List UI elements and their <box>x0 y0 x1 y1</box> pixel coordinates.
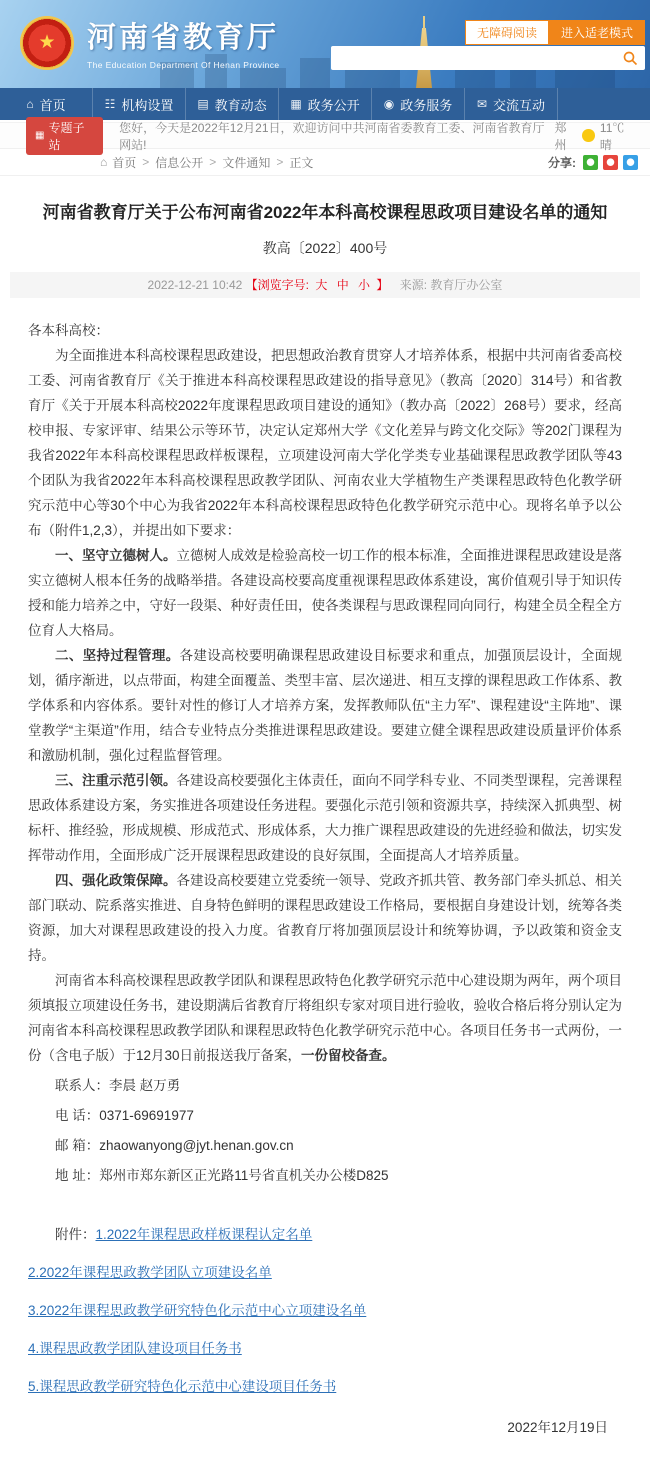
greeting-text: 您好，今天是2022年12月21日，欢迎访问中共河南省委教育工委、河南省教育厅网… <box>119 119 554 153</box>
attachment-line: 5.课程思政教学研究特色化示范中心建设项目任务书 <box>28 1374 622 1399</box>
nav-label: 机构设置 <box>121 95 173 114</box>
nav-item-gov-services[interactable]: ◉ 政务服务 <box>372 88 465 120</box>
search-icon[interactable] <box>623 51 638 66</box>
paragraph-lead: 三、注重示范引领。 <box>55 773 177 788</box>
publish-datetime: 2022-12-21 10:42 <box>148 278 243 292</box>
breadcrumb-separator: > <box>276 155 283 169</box>
site-subtitle: The Education Department Of Henan Provin… <box>87 60 280 70</box>
attachment-link-1[interactable]: 1.2022年课程思政样板课程认定名单 <box>96 1227 313 1242</box>
article-body: 各本科高校： 为全面推进本科高校课程思政建设，把思想政治教育贯穿人才培养体系，根… <box>28 318 622 1440</box>
paragraph-text: 为全面推进本科高校课程思政建设，把思想政治教育贯穿人才培养体系，根据中共河南省委… <box>28 348 622 538</box>
attachment-link-5[interactable]: 5.课程思政教学研究特色化示范中心建设项目任务书 <box>28 1379 336 1394</box>
attachment-link-2[interactable]: 2.2022年课程思政教学团队立项建设名单 <box>28 1265 272 1280</box>
paragraph: 二、坚持过程管理。各建设高校要明确课程思政建设目标要求和重点，加强顶层设计，全面… <box>28 643 622 768</box>
attachment-line: 4.课程思政教学团队建设项目任务书 <box>28 1336 622 1361</box>
grid-badge-icon: ▦ <box>35 130 44 141</box>
share-bar: 分享: <box>548 154 650 171</box>
org-chart-icon: ☷ <box>105 97 116 111</box>
weather-widget: 郑州 11℃ 晴 <box>555 119 638 153</box>
paragraph-lead: 二、坚持过程管理。 <box>55 648 180 663</box>
attachment-line: 附件：1.2022年课程思政样板课程认定名单 <box>28 1222 622 1247</box>
paragraph: 一、坚守立德树人。立德树人成效是检验高校一切工作的根本标准，全面推进课程思政建设… <box>28 543 622 643</box>
weather-temp: 11℃ 晴 <box>600 119 638 153</box>
font-size-large-button[interactable]: 大 <box>315 278 327 292</box>
breadcrumb-separator: > <box>142 155 149 169</box>
sign-date: 2022年12月19日 <box>28 1415 622 1440</box>
paragraph: 三、注重示范引领。各建设高校要强化主体责任，面向不同学科专业、不同类型课程，完善… <box>28 768 622 868</box>
paragraph-tail: 一份留校备查。 <box>301 1048 396 1063</box>
breadcrumb-item-current: 正文 <box>289 154 313 171</box>
nav-label: 交流互动 <box>493 95 545 114</box>
font-size-prefix: 【浏览字号: <box>246 278 309 292</box>
paragraph: 四、强化政策保障。各建设高校要建立党委统一领导、党政齐抓共管、教务部门牵头抓总、… <box>28 868 622 968</box>
subsite-badge[interactable]: ▦ 专题子站 <box>26 117 103 155</box>
skyline-building <box>510 68 536 88</box>
site-header: ★ 河南省教育厅 The Education Department Of Hen… <box>0 0 650 88</box>
nav-filler <box>558 88 650 120</box>
nav-label: 教育动态 <box>215 95 267 114</box>
salutation: 各本科高校： <box>28 318 622 343</box>
attachments-label: 附件： <box>55 1227 96 1242</box>
nav-item-home[interactable]: ⌂ 首页 <box>0 88 93 120</box>
qq-share-icon[interactable] <box>623 155 638 170</box>
grid-icon: ▦ <box>290 97 301 111</box>
article-meta-bar: 2022-12-21 10:42 【浏览字号: 大 中 小 】 来源: 教育厅办… <box>10 272 640 298</box>
attachments-section: 附件：1.2022年课程思政样板课程认定名单 2.2022年课程思政教学团队立项… <box>28 1222 622 1399</box>
nav-label: 政务公开 <box>308 95 360 114</box>
nav-item-interaction[interactable]: ✉ 交流互动 <box>465 88 558 120</box>
paragraph: 为全面推进本科高校课程思政建设，把思想政治教育贯穿人才培养体系，根据中共河南省委… <box>28 343 622 543</box>
notice-bar: ▦ 专题子站 您好，今天是2022年12月21日，欢迎访问中共河南省委教育工委、… <box>0 122 650 149</box>
page-title: 河南省教育厅关于公布河南省2022年本科高校课程思政项目建设名单的通知 <box>28 200 622 226</box>
article-source: 来源: 教育厅办公室 <box>400 278 503 292</box>
national-emblem-logo: ★ <box>20 16 74 70</box>
wechat-share-icon[interactable] <box>583 155 598 170</box>
paragraph-lead: 一、坚守立德树人。 <box>55 548 177 563</box>
font-size-suffix: 】 <box>376 278 388 292</box>
page: ★ 河南省教育厅 The Education Department Of Hen… <box>0 0 650 1470</box>
breadcrumb-item-documents[interactable]: 文件通知 <box>222 154 270 171</box>
skyline-building <box>240 68 286 88</box>
search-box <box>331 46 645 70</box>
breadcrumb-home-icon: ⌂ <box>100 155 107 169</box>
emblem-star-icon: ★ <box>38 33 55 52</box>
search-input[interactable] <box>331 51 623 65</box>
nav-item-gov-disclosure[interactable]: ▦ 政务公开 <box>279 88 372 120</box>
contact-email: 邮 箱：zhaowanyong@jyt.henan.gov.cn <box>28 1133 622 1158</box>
subsite-badge-label: 专题子站 <box>48 119 94 153</box>
breadcrumb-item-info-disclosure[interactable]: 信息公开 <box>155 154 203 171</box>
attachment-line: 3.2022年课程思政教学研究特色化示范中心立项建设名单 <box>28 1298 622 1323</box>
contact-phone: 电 话：0371-69691977 <box>28 1103 622 1128</box>
paragraph: 河南省本科高校课程思政教学团队和课程思政特色化教学研究示范中心建设期为两年，两个… <box>28 968 622 1068</box>
paragraph-text: 各建设高校要明确课程思政建设目标要求和重点，加强顶层设计，全面规划，循序渐进，以… <box>28 648 622 763</box>
contact-address: 地 址：郑州市郑东新区正光路11号省直机关办公楼D825 <box>28 1163 622 1188</box>
attachment-link-3[interactable]: 3.2022年课程思政教学研究特色化示范中心立项建设名单 <box>28 1303 366 1318</box>
sun-icon <box>582 129 594 142</box>
document-number: 教高〔2022〕400号 <box>28 238 622 258</box>
document-icon: ▤ <box>197 97 208 111</box>
attachment-line: 2.2022年课程思政教学团队立项建设名单 <box>28 1260 622 1285</box>
weather-city: 郑州 <box>555 119 578 153</box>
nav-label: 首页 <box>40 95 66 114</box>
mail-icon: ✉ <box>477 97 487 111</box>
service-icon: ◉ <box>384 97 394 111</box>
nav-label: 政务服务 <box>400 95 452 114</box>
main-nav: ⌂ 首页 ☷ 机构设置 ▤ 教育动态 ▦ 政务公开 ◉ 政务服务 ✉ 交流互动 <box>0 88 650 120</box>
nav-item-organization[interactable]: ☷ 机构设置 <box>93 88 186 120</box>
contact-person: 联系人：李晨 赵万勇 <box>28 1073 622 1098</box>
font-size-medium-button[interactable]: 中 <box>337 278 349 292</box>
brand-text: 河南省教育厅 The Education Department Of Henan… <box>87 15 280 70</box>
font-size-small-button[interactable]: 小 <box>358 278 370 292</box>
home-icon: ⌂ <box>26 97 33 111</box>
nav-item-education-news[interactable]: ▤ 教育动态 <box>186 88 279 120</box>
weibo-share-icon[interactable] <box>603 155 618 170</box>
accessibility-reading-button[interactable]: 无障碍阅读 <box>465 20 549 45</box>
header-buttons: 无障碍阅读 进入适老模式 <box>465 20 645 45</box>
breadcrumb-separator: > <box>209 155 216 169</box>
paragraph-lead: 四、强化政策保障。 <box>55 873 177 888</box>
article: 河南省教育厅关于公布河南省2022年本科高校课程思政项目建设名单的通知 教高〔2… <box>0 176 650 1470</box>
elder-mode-button[interactable]: 进入适老模式 <box>549 20 645 45</box>
breadcrumb-item-home[interactable]: 首页 <box>112 154 136 171</box>
share-label: 分享: <box>548 154 576 171</box>
site-title: 河南省教育厅 <box>87 15 280 56</box>
attachment-link-4[interactable]: 4.课程思政教学团队建设项目任务书 <box>28 1341 242 1356</box>
